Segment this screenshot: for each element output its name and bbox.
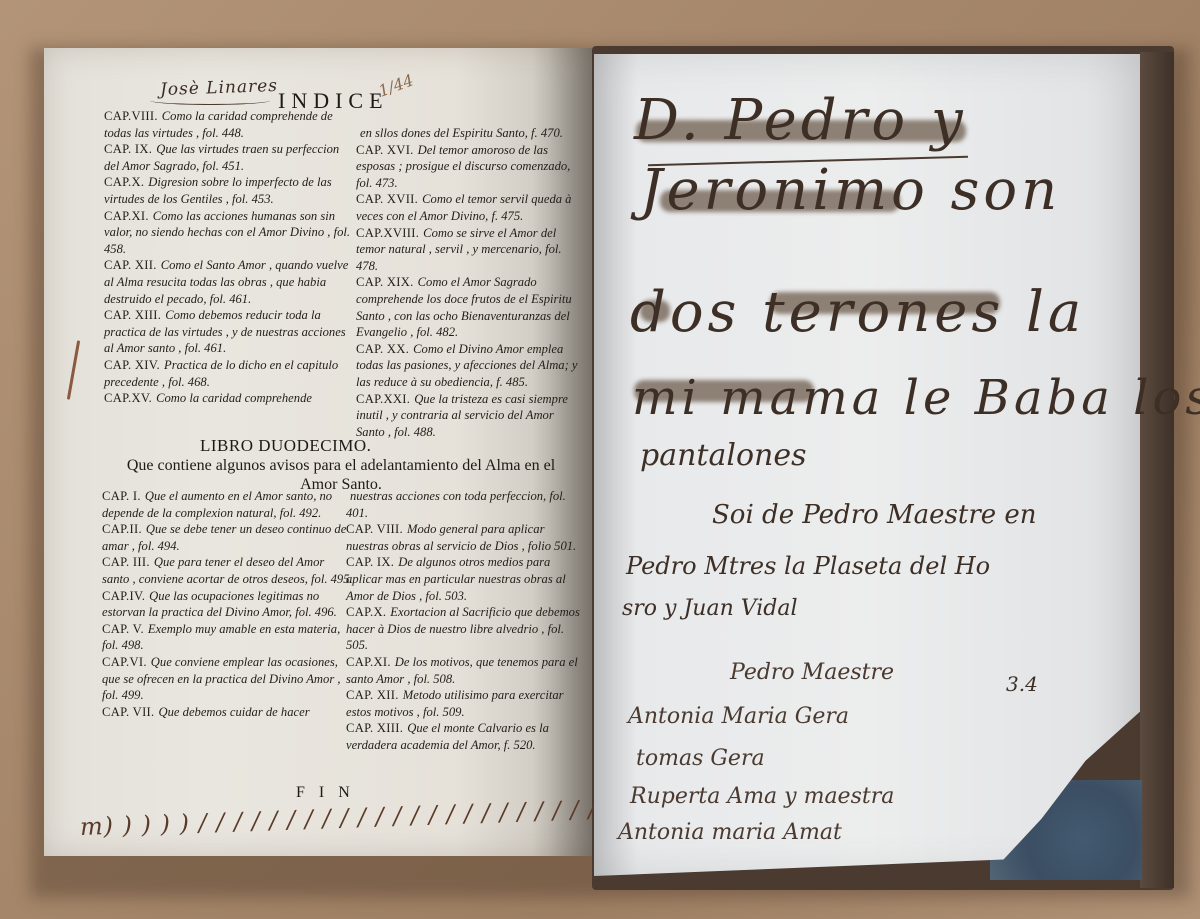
index-entry: CAP. III.Que para tener el deseo del Amo… [102,554,354,587]
index-entry: CAP. XIV.Practica de lo dicho en el capi… [104,357,356,390]
signature-flourish [150,96,270,105]
index-entry: CAP.XI.Como las acciones humanas son sin… [104,208,356,258]
libro-heading: LIBRO DUODECIMO. [200,436,371,456]
index-entry: CAP.XVIII.Como se sirve el Amor del temo… [356,225,582,275]
index-entry: CAP.VIII.Como la caridad comprehende de … [104,108,356,141]
handwriting-line: mi mama le Baba los [632,370,1200,426]
index-entry: CAP.XI.De los motivos, que tenemos para … [346,654,580,687]
handwriting-line: Jeronimo son [640,158,1061,223]
signature-line: Soi de Pedro Maestre en [712,500,1037,530]
index-entry: CAP. I.Que el aumento en el Amor santo, … [102,488,354,521]
index-entry: CAP.VI.Que conviene emplear las ocasione… [102,654,354,704]
index-entry: CAP. IX.Que las virtudes traen su perfec… [104,141,356,174]
index-entry: en sllos dones del Espiritu Santo, f. 47… [356,125,582,142]
index-column-right: en sllos dones del Espiritu Santo, f. 47… [356,125,582,440]
index-entry: CAP. XII.Como el Santo Amor , quando vue… [104,257,356,307]
signature-line: Ruperta Ama y maestra [630,784,894,809]
index-entry: CAP. XVI.Del temor amoroso de las esposa… [356,142,582,192]
index-entry: CAP.XV.Como la caridad comprehende [104,390,356,407]
index-entry: CAP.X.Digresion sobre lo imperfecto de l… [104,174,356,207]
libro-column-left: CAP. I.Que el aumento en el Amor santo, … [102,488,354,720]
index-entry: CAP. XIII.Como debemos reducir toda la p… [104,307,356,357]
handwriting-line: D. Pedro y [634,88,967,153]
index-entry: CAP. XIX.Como el Amor Sagrado comprehend… [356,274,582,340]
signature-line: Pedro Mtres la Plaseta del Ho [626,552,990,580]
index-entry: CAP. XVII.Como el temor servil queda à v… [356,191,582,224]
handwriting-line: dos terones la [630,280,1085,345]
index-entry: CAP.XXI.Que la tristeza es casi siempre … [356,391,582,441]
corner-number: 3.4 [1006,672,1038,696]
index-entry: nuestras acciones con toda perfeccion, f… [346,488,580,521]
index-entry: CAP.II.Que se debe tener un deseo contin… [102,521,354,554]
index-column-left: CAP.VIII.Como la caridad comprehende de … [104,108,356,407]
signature-line: Antonia maria Amat [618,820,842,845]
handwriting-line: pantalones [640,438,806,473]
signature-line: tomas Gera [636,746,765,771]
index-entry: CAP. XX.Como el Divino Amor emplea todas… [356,341,582,391]
index-entry: CAP. XII.Metodo utilisimo para exercitar… [346,687,580,720]
signature-line: sro y Juan Vidal [622,596,798,621]
signature-line: Antonia Maria Gera [628,704,849,729]
signature-line: Pedro Maestre [730,660,894,685]
index-entry: CAP. VIII.Modo general para aplicar nues… [346,521,580,554]
index-entry: CAP.X.Exortacion al Sacrificio que debem… [346,604,580,654]
fin-label: FIN [296,784,364,802]
index-entry: CAP. VII.Que debemos cuidar de hacer [102,704,354,721]
index-entry: CAP. IX.De algunos otros medios para apl… [346,554,580,604]
index-entry: CAP.IV.Que las ocupaciones legitimas no … [102,588,354,621]
index-entry: CAP. XIII.Que el monte Calvario es la ve… [346,720,580,753]
leather-spine-edge [1140,52,1174,888]
index-entry: CAP. V.Exemplo muy amable en esta materi… [102,621,354,654]
libro-column-right: nuestras acciones con toda perfeccion, f… [346,488,580,754]
